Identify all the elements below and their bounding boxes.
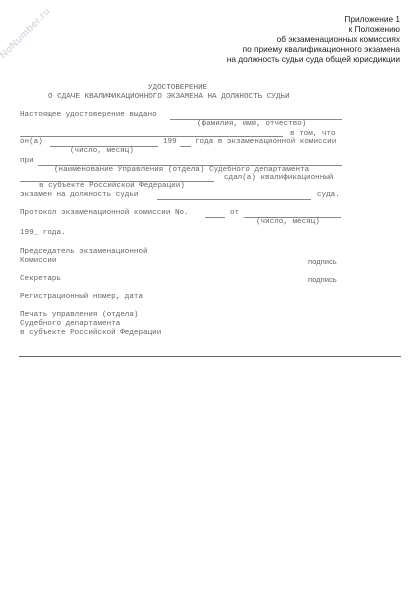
from-label: от bbox=[230, 209, 239, 218]
protocol-date-hint: (число, месяц) bbox=[256, 218, 320, 227]
protocol-number-field[interactable] bbox=[205, 217, 225, 218]
stamp-line: в субъекте Российской Федерации bbox=[20, 329, 161, 338]
fio-continuation-field[interactable] bbox=[20, 136, 283, 137]
stamp-line: Судебного департамента bbox=[20, 320, 120, 329]
appendix-line: по приему квалификационного экзамена bbox=[227, 44, 400, 54]
document-title: УДОСТОВЕРЕНИЕ bbox=[148, 84, 207, 93]
year-prefix: 199 bbox=[163, 138, 177, 147]
year-line: 199_ года. bbox=[20, 229, 66, 238]
protocol-label: Протокол экзаменационной комиссии No. bbox=[20, 209, 189, 218]
exam-for-label: экзамен на должность судьи bbox=[20, 191, 138, 200]
at-label: при bbox=[20, 157, 34, 166]
appendix-line: Приложение 1 bbox=[227, 14, 400, 24]
chairman-label: Председатель экзаменационной bbox=[20, 248, 148, 257]
watermark: NoNumber.ru bbox=[0, 6, 53, 61]
court-field[interactable] bbox=[157, 199, 311, 200]
stamp-line: Печать управления (отдела) bbox=[20, 311, 138, 320]
appendix-header: Приложение 1 к Положению об экзаменацион… bbox=[227, 14, 400, 64]
fio-hint: (фамилия, имя, отчество) bbox=[197, 120, 306, 129]
bottom-divider bbox=[19, 356, 401, 357]
he-she-label: он(а) bbox=[20, 138, 43, 147]
court-label: суда. bbox=[317, 191, 340, 200]
region-hint: в субъекте Российской Федерации) bbox=[39, 182, 185, 191]
year-suffix: года в экзаменационной комиссии bbox=[195, 138, 336, 147]
year-field[interactable] bbox=[180, 146, 191, 147]
secretary-label: Секретарь bbox=[20, 275, 61, 284]
appendix-line: к Положению bbox=[227, 24, 400, 34]
document-subtitle: О СДАЧЕ КВАЛИФИКАЦИОННОГО ЭКЗАМЕНА НА ДО… bbox=[48, 93, 290, 102]
appendix-line: об экзаменационных комиссиях bbox=[227, 34, 400, 44]
passed-label: сдал(а) квалификационный bbox=[224, 174, 333, 183]
chairman-signature: подпись bbox=[308, 257, 337, 266]
reg-number-label: Регистрационный номер, дата bbox=[20, 293, 143, 302]
date-hint: (число, месяц) bbox=[70, 147, 134, 156]
appendix-line: на должность судьи суда общей юрисдикции bbox=[227, 54, 400, 64]
chairman-label-2: Комиссии bbox=[20, 257, 56, 266]
issued-to-label: Настоящее удостоверение выдано bbox=[20, 111, 157, 120]
secretary-signature: подпись bbox=[308, 275, 337, 284]
